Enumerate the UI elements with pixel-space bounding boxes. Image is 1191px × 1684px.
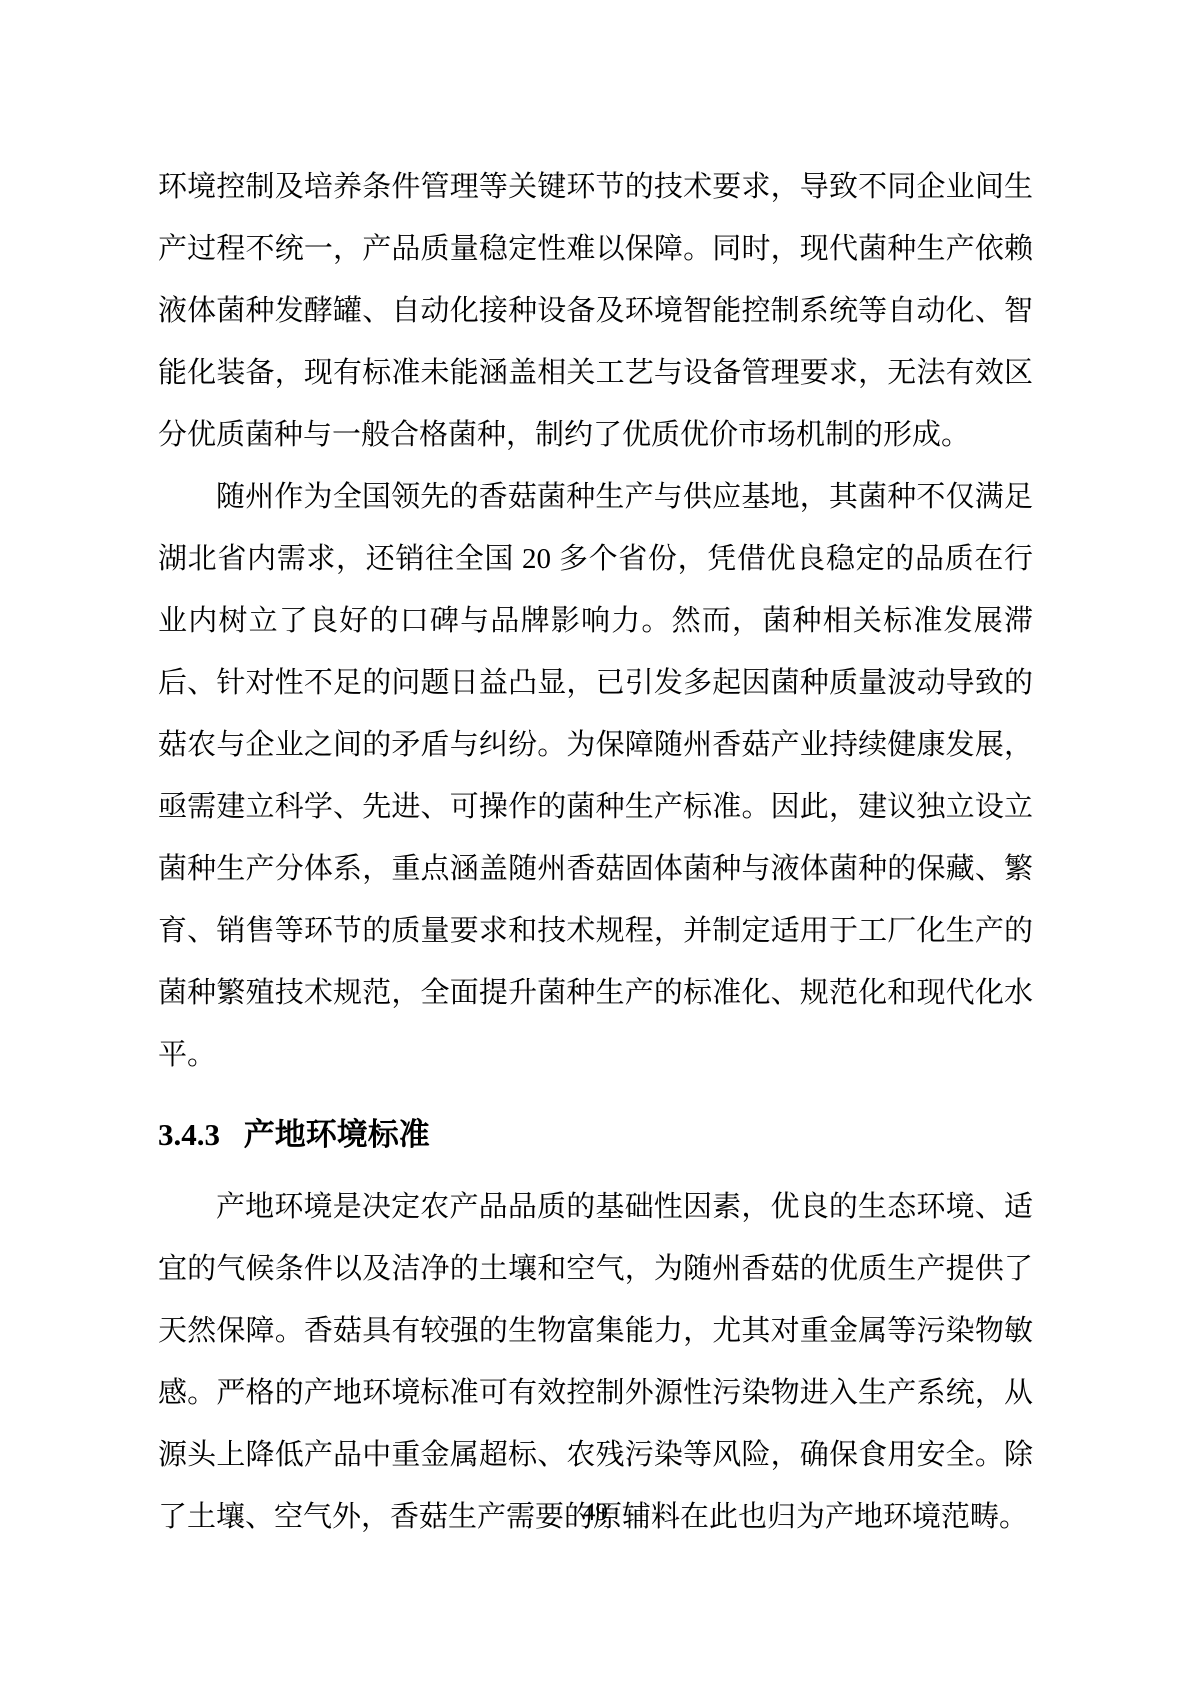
document-page: 环境控制及培养条件管理等关键环节的技术要求，导致不同企业间生产过程不统一，产品质… [0, 0, 1191, 1684]
page-content: 环境控制及培养条件管理等关键环节的技术要求，导致不同企业间生产过程不统一，产品质… [158, 156, 1033, 1548]
paragraph-production-environment: 产地环境是决定农产品品质的基础性因素，优良的生态环境、适宜的气候条件以及洁净的土… [158, 1176, 1033, 1548]
page-footer: 49 [0, 1498, 1191, 1528]
paragraph-spawn-standards-continuation: 环境控制及培养条件管理等关键环节的技术要求，导致不同企业间生产过程不统一，产品质… [158, 156, 1033, 466]
section-heading-number: 3.4.3 [158, 1117, 220, 1152]
paragraph-suizhou-spawn-base: 随州作为全国领先的香菇菌种生产与供应基地，其菌种不仅满足湖北省内需求，还销往全国… [158, 466, 1033, 1086]
section-heading: 3.4.3 产地环境标准 [158, 1112, 1033, 1158]
page-number: 49 [583, 1499, 608, 1526]
section-heading-title: 产地环境标准 [244, 1117, 430, 1152]
